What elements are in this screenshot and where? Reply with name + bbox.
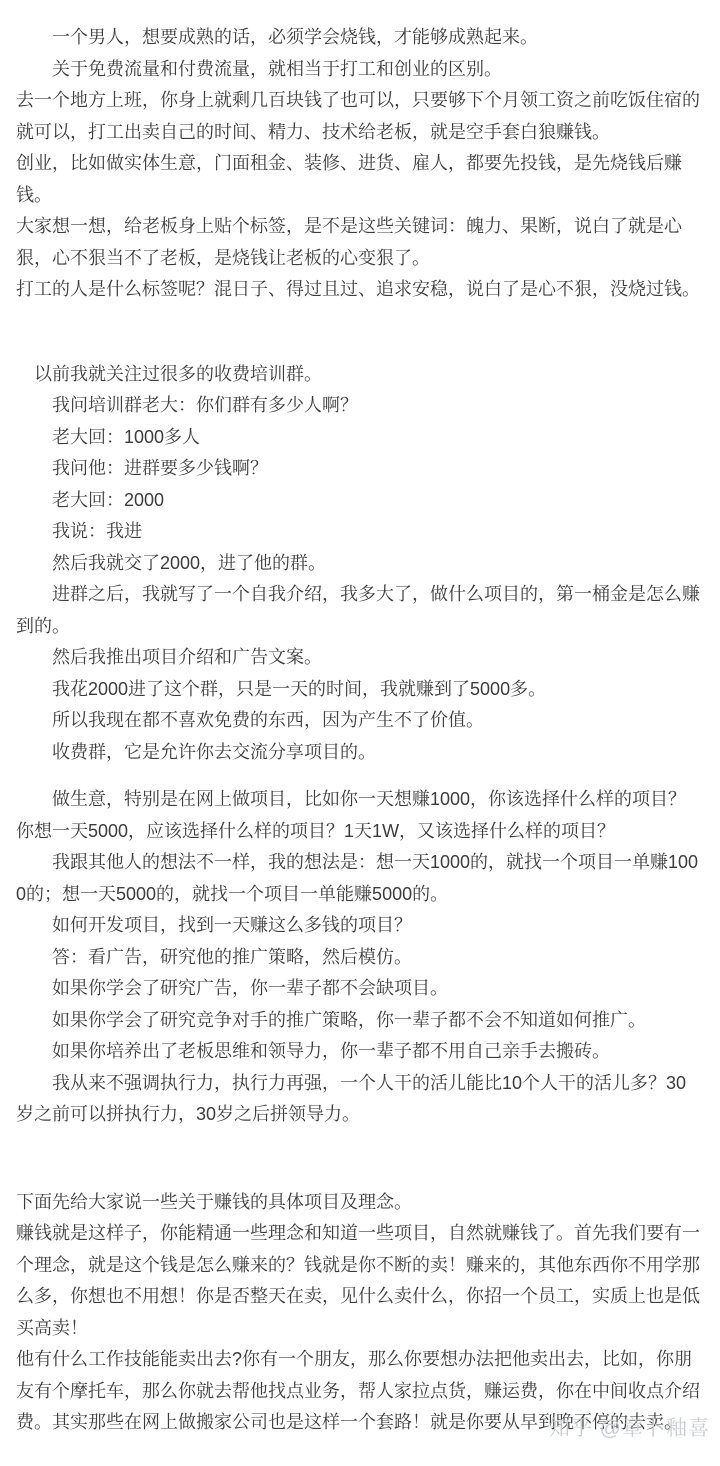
paragraph: 我问培训群老大：你们群有多少人啊？ — [16, 390, 704, 422]
paragraph: 创业，比如做实体生意，门面租金、装修、进货、雇人，都要先投钱，是先烧钱后赚钱。 — [16, 148, 704, 211]
paragraph: 所以我现在都不喜欢免费的东西，因为产生不了价值。 — [16, 705, 704, 737]
paragraph: 老大回：1000多人 — [16, 422, 704, 454]
paragraph: 我从来不强调执行力，执行力再强，一个人干的活儿能比10个人干的活儿多？30岁之前… — [16, 1068, 704, 1131]
paragraph: 我说：我进 — [16, 516, 704, 548]
paragraph: 大家想一想，给老板身上贴个标签，是不是这些关键词：魄力、果断，说白了就是心狠，心… — [16, 211, 704, 274]
paragraph: 如果你学会了研究竞争对手的推广策略，你一辈子都不会不知道如何推广。 — [16, 1005, 704, 1037]
paragraph: 去一个地方上班，你身上就剩几百块钱了也可以，只要够下个月领工资之前吃饭住宿的就可… — [16, 85, 704, 148]
text-section: 一个男人，想要成熟的话，必须学会烧钱，才能够成熟起来。关于免费流量和付费流量，就… — [16, 22, 704, 306]
paragraph: 我问他：进群要多少钱啊？ — [16, 453, 704, 485]
paragraph: 一个男人，想要成熟的话，必须学会烧钱，才能够成熟起来。 — [16, 22, 704, 54]
paragraph: 赚钱就是这样子，你能精通一些理念和知道一些项目，自然就赚钱了。首先我们要有一个理… — [16, 1218, 704, 1344]
watermark-text: 知乎 @章卜釉喜 — [549, 1417, 710, 1440]
paragraph: 做生意，特别是在网上做项目，比如你一天想赚1000，你该选择什么样的项目？你想一… — [16, 784, 704, 847]
paragraph: 进群之后，我就写了一个自我介绍，我多大了，做什么项目的，第一桶金是怎么赚到的。 — [16, 579, 704, 642]
paragraph: 下面先给大家说一些关于赚钱的具体项目及理念。 — [16, 1187, 704, 1219]
paragraph: 以前我就关注过很多的收费培训群。 — [16, 359, 704, 391]
article-body: 一个男人，想要成熟的话，必须学会烧钱，才能够成熟起来。关于免费流量和付费流量，就… — [0, 0, 720, 1439]
paragraph: 然后我就交了2000，进了他的群。 — [16, 548, 704, 580]
paragraph: 如何开发项目，找到一天赚这么多钱的项目？ — [16, 910, 704, 942]
paragraph: 打工的人是什么标签呢？混日子、得过且过、追求安稳，说白了是心不狠，没烧过钱。 — [16, 274, 704, 306]
paragraph: 如果你培养出了老板思维和领导力，你一辈子都不用自己亲手去搬砖。 — [16, 1036, 704, 1068]
paragraph: 关于免费流量和付费流量，就相当于打工和创业的区别。 — [16, 54, 704, 86]
paragraph: 如果你学会了研究广告，你一辈子都不会缺项目。 — [16, 973, 704, 1005]
paragraph: 老大回：2000 — [16, 485, 704, 517]
text-section: 以前我就关注过很多的收费培训群。我问培训群老大：你们群有多少人啊？老大回：100… — [16, 359, 704, 769]
paragraph: 我花2000进了这个群，只是一天的时间，我就赚到了5000多。 — [16, 674, 704, 706]
text-section: 下面先给大家说一些关于赚钱的具体项目及理念。赚钱就是这样子，你能精通一些理念和知… — [16, 1187, 704, 1439]
paragraph: 然后我推出项目介绍和广告文案。 — [16, 642, 704, 674]
paragraph: 答：看广告，研究他的推广策略，然后模仿。 — [16, 942, 704, 974]
paragraph: 收费群，它是允许你去交流分享项目的。 — [16, 737, 704, 769]
page: { "page": { "background_color": "#ffffff… — [0, 0, 720, 1466]
zhihu-watermark: 知乎 @章卜釉喜 — [549, 1414, 710, 1444]
paragraph: 我跟其他人的想法不一样，我的想法是：想一天1000的，就找一个项目一单赚1000… — [16, 847, 704, 910]
text-section: 做生意，特别是在网上做项目，比如你一天想赚1000，你该选择什么样的项目？你想一… — [16, 784, 704, 1131]
